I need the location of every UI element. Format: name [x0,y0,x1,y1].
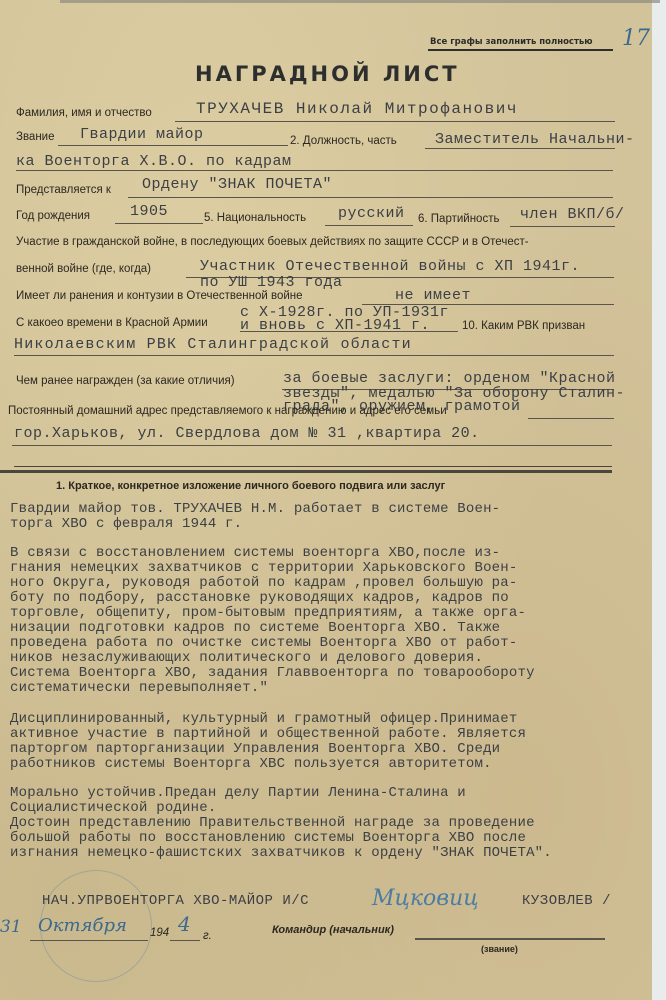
position-value-line2: ка Военторга Х.В.О. по кадрам [16,153,292,170]
section-divider-thin [14,466,612,467]
corner-note-underline [428,49,613,51]
merit-description: Гвардии майор тов. ТРУХАЧЕВ Н.М. работае… [10,502,552,861]
body-line: проведена работа по очистке системы Воен… [10,636,552,651]
body-line: В связи с восстановлением системы военто… [10,546,552,561]
body-line: Морально устойчив.Предан делу Партии Лен… [10,786,552,801]
service-start-label: С какоео времени в Красной Армии [16,317,208,329]
wounds-label: Имеет ли ранения и контузии в Отечествен… [16,290,303,302]
signatory-name: КУЗОВЛЕВ / [522,893,611,909]
name-value: ТРУХАЧЕВ Николай Митрофанович [196,100,518,118]
address-underline-2 [12,445,612,446]
commander-label: Командир (начальник) [272,924,394,936]
prior-awards-label: Чем ранее награжден (за какие отличия) [16,375,235,387]
birth-year-value: 1905 [130,203,168,220]
body-line: изгнания немецко-фашистских захватчиков … [10,846,552,861]
body-line: гнания немецких захватчиков с территории… [10,561,552,576]
rank-label: Звание [16,131,55,143]
body-line: Достоин представлению Правительственной … [10,816,552,831]
document-title: НАГРАДНОЙ ЛИСТ [195,62,460,86]
war-participation-label-line1: Участие в гражданской войне, в последующ… [16,236,529,248]
body-line: торга ХВО с февраля 1944 г. [10,517,552,532]
rank-value: Гвардии майор [80,126,204,143]
nominated-value: Ордену "ЗНАК ПОЧЕТА" [142,176,332,193]
date-month: Октября [38,915,127,936]
name-label: Фамилия, имя и отчество [16,107,152,119]
war-participation-label-line2: венной войне (где, когда) [16,263,151,275]
body-line: парторгом парторганизации Управления Вое… [10,742,552,757]
party-value: член ВКП/б/ [520,206,625,223]
body-line: Гвардии майор тов. ТРУХАЧЕВ Н.М. работае… [10,502,552,517]
body-line: ного Округа, руководя работой по кадрам … [10,576,552,591]
rvk-value: Николаевским РВК Сталинградской области [14,336,412,353]
body-spacer [10,772,552,786]
section-divider-thick [0,470,612,473]
rvk-underline [14,355,614,356]
body-line: торговле, общепиту, пром-бытовым предпри… [10,606,552,621]
date-day: 31 [0,917,22,937]
rvk-label: 10. Каким РВК призван [462,320,585,332]
rank-caption: (звание) [481,944,518,954]
wounds-value: не имеет [395,287,471,304]
body-line: боту по подбору, расстановке руководящих… [10,591,552,606]
nationality-label: 5. Национальность [204,212,306,224]
position-underline-2 [16,170,613,171]
party-underline [510,226,615,227]
date-year-prefix: 194 [150,927,169,939]
body-line: активное участие в партийной и обществен… [10,727,552,742]
party-label: 6. Партийность [418,213,499,225]
body-line: большой работы по восстановлению системы… [10,831,552,846]
date-year-underline [170,940,200,941]
address-underline-1 [528,418,614,419]
service-value-line2: и вновь с ХП-1941 г. [240,317,430,334]
merit-section-heading: 1. Краткое, конкретное изложение личного… [56,480,445,492]
body-line: Дисциплинированный, культурный и грамотн… [10,712,552,727]
body-line: Социалистической родине. [10,801,552,816]
body-line: ников незаслуживающих политического и де… [10,651,552,666]
rank-underline [58,145,288,146]
birth-year-underline [115,223,203,224]
body-spacer [10,696,552,712]
name-underline [175,121,615,122]
body-line: низации подготовки кадров по системе Вое… [10,621,552,636]
position-value-line1: Заместитель Начальни- [435,131,635,148]
date-month-underline [30,940,148,941]
corner-note: Все графы заполнить полностью [430,37,593,47]
signatory-title: НАЧ.УПРВОЕНТОРГА ХВО-МАЙОР И/С [42,893,309,909]
address-label: Постоянный домашний адрес представляемог… [8,405,447,417]
birth-year-label: Год рождения [16,210,90,222]
nominated-label: Представляется к [16,184,111,196]
award-sheet-page: Все графы заполнить полностью 17 НАГРАДН… [0,0,652,1000]
body-line: работников системы Военторга ХВС пользуе… [10,757,552,772]
position-label: 2. Должность, часть [290,135,397,147]
commander-underline [415,938,605,940]
nationality-value: русский [338,205,405,222]
page-number-handwritten: 17 [622,26,650,51]
position-underline [425,148,615,149]
nominated-underline [128,197,613,198]
page-edge [60,0,660,3]
body-line: Система Военторга ХВО, задания Главвоент… [10,666,552,681]
date-year-unit: г. [203,930,212,942]
handwritten-signature: Мцковиц [372,886,479,911]
nationality-underline [325,225,413,226]
date-year-suffix: 4 [178,912,191,936]
body-line: систематически перевыполняет." [10,681,552,696]
war-participation-value-line2: по УШ 1943 года [200,274,343,291]
war-participation-value-line1: Участник Отечественной войны с ХП 1941г. [200,258,580,275]
address-value: гор.Харьков, ул. Свердлова дом № 31 ,ква… [14,425,480,442]
body-spacer [10,532,552,546]
